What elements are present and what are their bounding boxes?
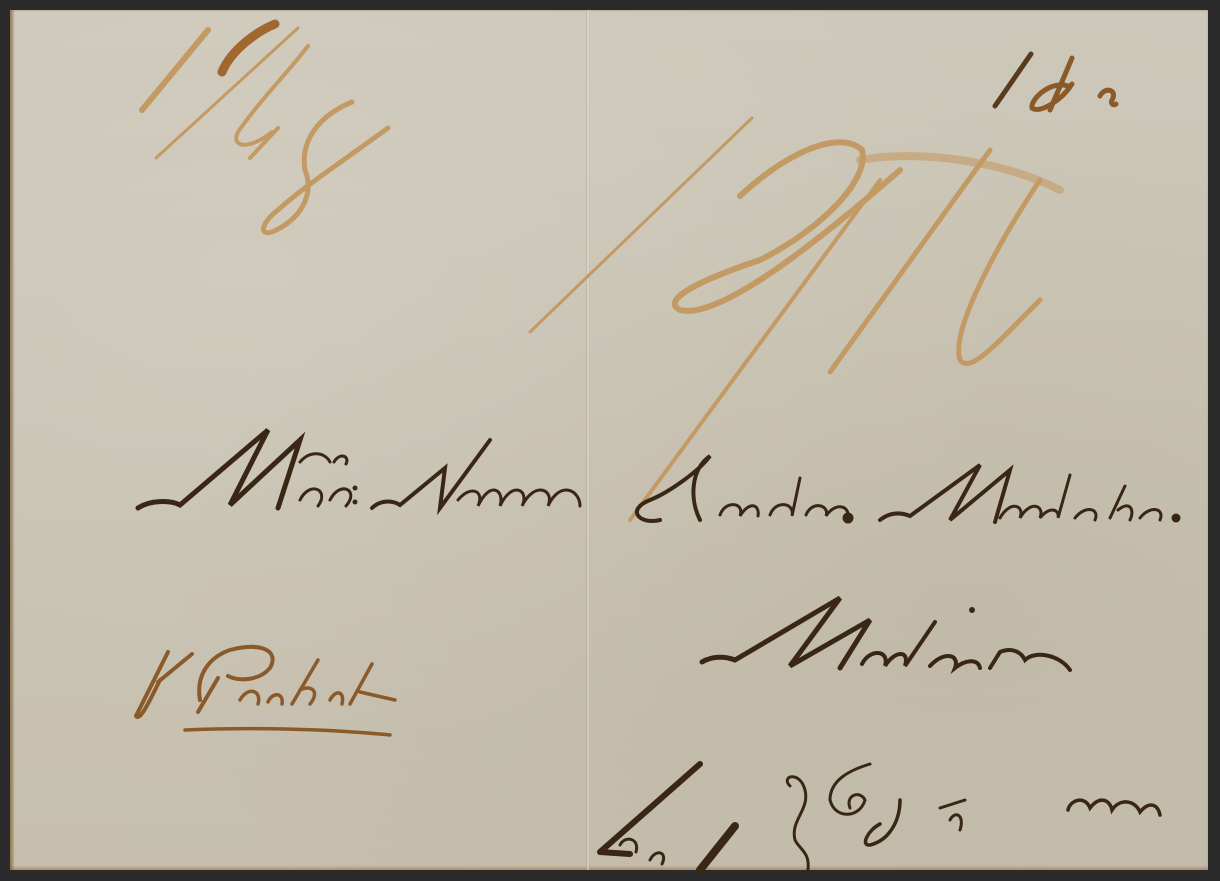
- top-left-rate-marking: [142, 24, 388, 233]
- handwriting-layer: [0, 0, 1220, 881]
- address-line-2-ink: [702, 598, 1070, 670]
- address-line-1-ink: [138, 430, 580, 508]
- packet-endorsement-ink: [136, 647, 395, 735]
- docket-inverted-ink: [600, 764, 1160, 870]
- address-line-1b-ink: [637, 456, 1180, 523]
- center-rate-marking: [530, 118, 1060, 520]
- top-right-note: [995, 54, 1116, 110]
